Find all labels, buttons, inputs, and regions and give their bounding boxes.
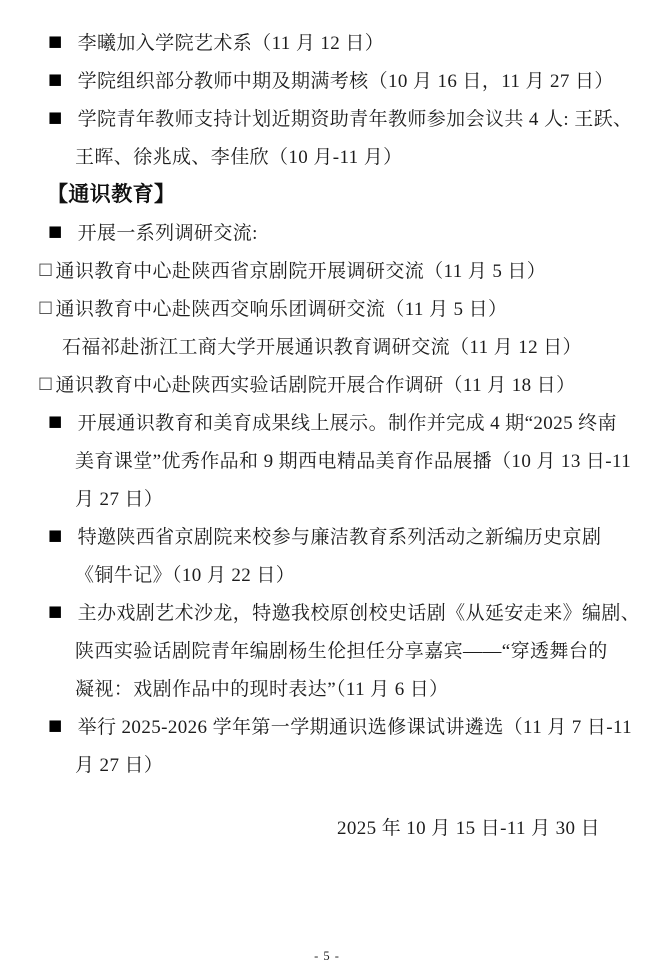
plain-line-text: 石福祁赴浙江工商大学开展通识教育调研交流（11 月 12 日） xyxy=(62,332,582,359)
list-item-continuation: 王晖、徐兆成、李佳欣（10 月-11 月） xyxy=(0,136,654,174)
document-content: ■ 李曦加入学院艺术系（11 月 12 日） ■ 学院组织部分教师中期及期满考核… xyxy=(0,0,654,845)
list-item-text: 举行 2025-2026 学年第一学期通识选修课试讲遴选（11 月 7 日-11 xyxy=(78,712,633,739)
list-item: ■ 开展一系列调研交流: xyxy=(0,212,654,250)
list-item: ■ 开展通识教育和美育成果线上展示。制作并完成 4 期“2025 终南 xyxy=(0,402,654,440)
bullet-square-icon: ■ xyxy=(48,110,63,125)
list-item-text: 特邀陕西省京剧院来校参与廉洁教育系列活动之新编历史京剧 xyxy=(78,522,602,549)
list-item: ■ 学院青年教师支持计划近期资助青年教师参加会议共 4 人: 王跃、 xyxy=(0,98,654,136)
section-heading: 【通识教育】 xyxy=(0,174,654,212)
list-item-text: 开展通识教育和美育成果线上展示。制作并完成 4 期“2025 终南 xyxy=(78,408,617,435)
sub-item: □ 通识教育中心赴陕西交响乐团调研交流（11 月 5 日） xyxy=(0,288,654,326)
list-item-continuation: 月 27 日） xyxy=(0,478,654,516)
bullet-square-icon: ■ xyxy=(48,718,63,733)
sub-item-text: 通识教育中心赴陕西实验话剧院开展合作调研（11 月 18 日） xyxy=(56,370,576,397)
list-item-continuation: 《铜牛记》（10 月 22 日） xyxy=(0,554,654,592)
sub-item: □ 通识教育中心赴陕西实验话剧院开展合作调研（11 月 18 日） xyxy=(0,364,654,402)
list-item-text: 学院组织部分教师中期及期满考核（10 月 16 日，11 月 27 日） xyxy=(78,66,614,93)
list-item-text: 开展一系列调研交流: xyxy=(78,218,258,245)
list-item-text: 凝视：戏剧作品中的现时表达”（11 月 6 日） xyxy=(75,674,449,701)
list-item: ■ 特邀陕西省京剧院来校参与廉洁教育系列活动之新编历史京剧 xyxy=(0,516,654,554)
bullet-square-icon: ■ xyxy=(48,528,63,543)
list-item-text: 《铜牛记》（10 月 22 日） xyxy=(75,560,295,587)
section-heading-text: 【通识教育】 xyxy=(47,178,175,208)
list-item-text: 学院青年教师支持计划近期资助青年教师参加会议共 4 人: 王跃、 xyxy=(78,104,633,131)
list-item-text: 陕西实验话剧院青年编剧杨生伦担任分享嘉宾——“穿透舞台的 xyxy=(75,636,608,663)
list-item-continuation: 月 27 日） xyxy=(0,744,654,782)
list-item-text: 王晖、徐兆成、李佳欣（10 月-11 月） xyxy=(75,142,403,169)
list-item-text: 月 27 日） xyxy=(75,484,163,511)
list-item: ■ 学院组织部分教师中期及期满考核（10 月 16 日，11 月 27 日） xyxy=(0,60,654,98)
list-item-text: 月 27 日） xyxy=(75,750,163,777)
list-item: ■ 主办戏剧艺术沙龙，特邀我校原创校史话剧《从延安走来》编剧、 xyxy=(0,592,654,630)
bullet-square-icon: ■ xyxy=(48,224,63,239)
list-item-continuation: 美育课堂”优秀作品和 9 期西电精品美育作品展播（10 月 13 日-11 xyxy=(0,440,654,478)
date-range-row: 2025 年 10 月 15 日-11 月 30 日 xyxy=(0,807,654,845)
bullet-square-icon: ■ xyxy=(48,604,63,619)
empty-checkbox-icon: □ xyxy=(38,375,54,391)
bullet-square-icon: ■ xyxy=(48,72,63,87)
sub-item-text: 通识教育中心赴陕西省京剧院开展调研交流（11 月 5 日） xyxy=(56,256,547,283)
list-item-continuation: 凝视：戏剧作品中的现时表达”（11 月 6 日） xyxy=(0,668,654,706)
date-range: 2025 年 10 月 15 日-11 月 30 日 xyxy=(337,813,600,840)
plain-line: 石福祁赴浙江工商大学开展通识教育调研交流（11 月 12 日） xyxy=(0,326,654,364)
sub-item-text: 通识教育中心赴陕西交响乐团调研交流（11 月 5 日） xyxy=(56,294,508,321)
bullet-square-icon: ■ xyxy=(48,34,63,49)
list-item-text: 主办戏剧艺术沙龙，特邀我校原创校史话剧《从延安走来》编剧、 xyxy=(78,598,641,625)
page-number: - 5 - xyxy=(0,949,654,964)
empty-checkbox-icon: □ xyxy=(38,261,54,277)
list-item-text: 李曦加入学院艺术系（11 月 12 日） xyxy=(78,28,385,55)
empty-checkbox-icon: □ xyxy=(38,299,54,315)
list-item: ■ 李曦加入学院艺术系（11 月 12 日） xyxy=(0,22,654,60)
document-page: ■ 李曦加入学院艺术系（11 月 12 日） ■ 学院组织部分教师中期及期满考核… xyxy=(0,0,654,980)
bullet-square-icon: ■ xyxy=(48,414,63,429)
list-item-text: 美育课堂”优秀作品和 9 期西电精品美育作品展播（10 月 13 日-11 xyxy=(75,446,631,473)
sub-item: □ 通识教育中心赴陕西省京剧院开展调研交流（11 月 5 日） xyxy=(0,250,654,288)
list-item: ■ 举行 2025-2026 学年第一学期通识选修课试讲遴选（11 月 7 日-… xyxy=(0,706,654,744)
list-item-continuation: 陕西实验话剧院青年编剧杨生伦担任分享嘉宾——“穿透舞台的 xyxy=(0,630,654,668)
